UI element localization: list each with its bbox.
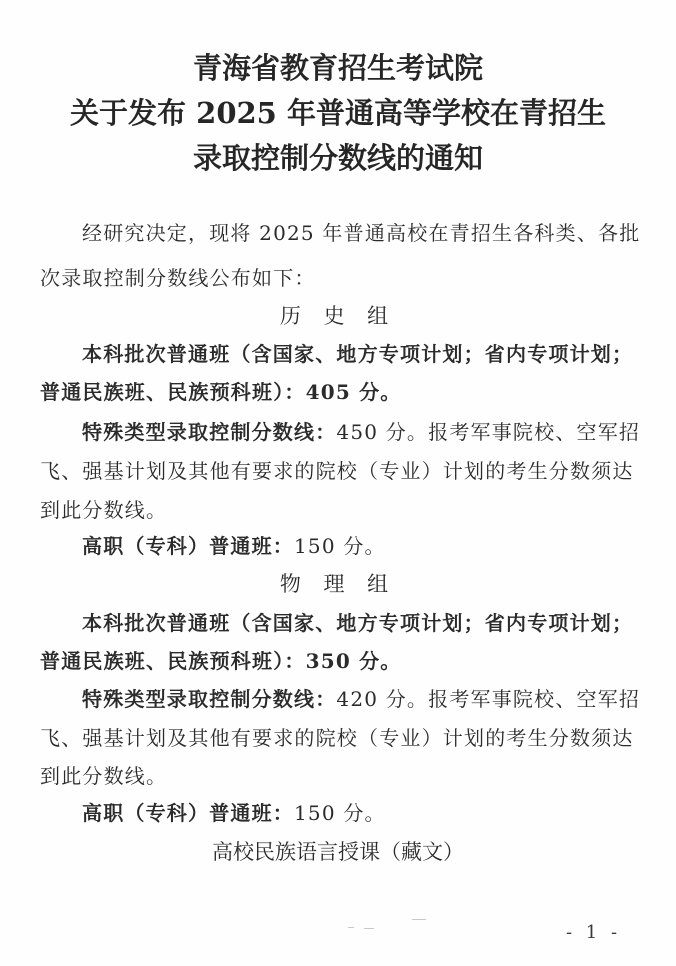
physics-special-line-2: 飞、强基计划及其他有要求的院校（专业）计划的考生分数须达	[40, 722, 634, 751]
document-title-line-2: 关于发布 2025 年普通高等学校在青招生	[0, 91, 676, 132]
physics-special-line-3: 到此分数线。	[40, 760, 167, 789]
section-heading-tibetan: 高校民族语言授课（藏文）	[0, 836, 676, 866]
scan-speck	[364, 928, 374, 929]
physics-vocational-line: 高职（专科）普通班：150 分。	[82, 797, 386, 826]
history-undergrad-line-1: 本科批次普通班（含国家、地方专项计划；省内专项计划；	[82, 338, 633, 367]
history-special-line-3: 到此分数线。	[40, 494, 167, 523]
history-special-line-2: 飞、强基计划及其他有要求的院校（专业）计划的考生分数须达	[40, 455, 634, 484]
physics-special-label: 特殊类型录取控制分数线：	[82, 687, 336, 711]
history-vocational-value: 150 分。	[294, 534, 386, 558]
history-vocational-label: 高职（专科）普通班：	[82, 534, 294, 558]
document-title-line-3: 录取控制分数线的通知	[0, 136, 676, 177]
physics-undergrad-line-2-text: 普通民族班、民族预科班）：350 分。	[40, 649, 402, 673]
section-heading-physics: 物 理 组	[0, 568, 676, 598]
history-vocational-line: 高职（专科）普通班：150 分。	[82, 530, 386, 559]
history-undergrad-line-2-text: 普通民族班、民族预科班）：405 分。	[40, 380, 402, 404]
physics-vocational-value: 150 分。	[294, 801, 386, 825]
history-special-text: 450 分。报考军事院校、空军招	[336, 420, 640, 444]
history-special-label: 特殊类型录取控制分数线：	[82, 420, 336, 444]
physics-undergrad-line-2: 普通民族班、民族预科班）：350 分。	[40, 645, 402, 674]
history-undergrad-line-2: 普通民族班、民族预科班）：405 分。	[40, 376, 402, 405]
page-number: - 1 -	[566, 922, 621, 943]
intro-paragraph-line-1: 经研究决定，现将 2025 年普通高校在青招生各科类、各批	[82, 217, 640, 246]
document-title-line-1: 青海省教育招生考试院	[0, 46, 676, 87]
physics-undergrad-line-1: 本科批次普通班（含国家、地方专项计划；省内专项计划；	[82, 607, 633, 636]
intro-paragraph-line-2: 次录取控制分数线公布如下：	[40, 262, 316, 291]
physics-special-line-1: 特殊类型录取控制分数线：420 分。报考军事院校、空军招	[82, 683, 640, 712]
history-special-line-1: 特殊类型录取控制分数线：450 分。报考军事院校、空军招	[82, 416, 640, 445]
section-heading-history: 历 史 组	[0, 300, 676, 330]
scan-speck	[412, 919, 426, 920]
scan-speck	[348, 927, 354, 928]
document-page: 青海省教育招生考试院 关于发布 2025 年普通高等学校在青招生 录取控制分数线…	[0, 0, 676, 966]
physics-special-text: 420 分。报考军事院校、空军招	[336, 687, 640, 711]
physics-vocational-label: 高职（专科）普通班：	[82, 801, 294, 825]
